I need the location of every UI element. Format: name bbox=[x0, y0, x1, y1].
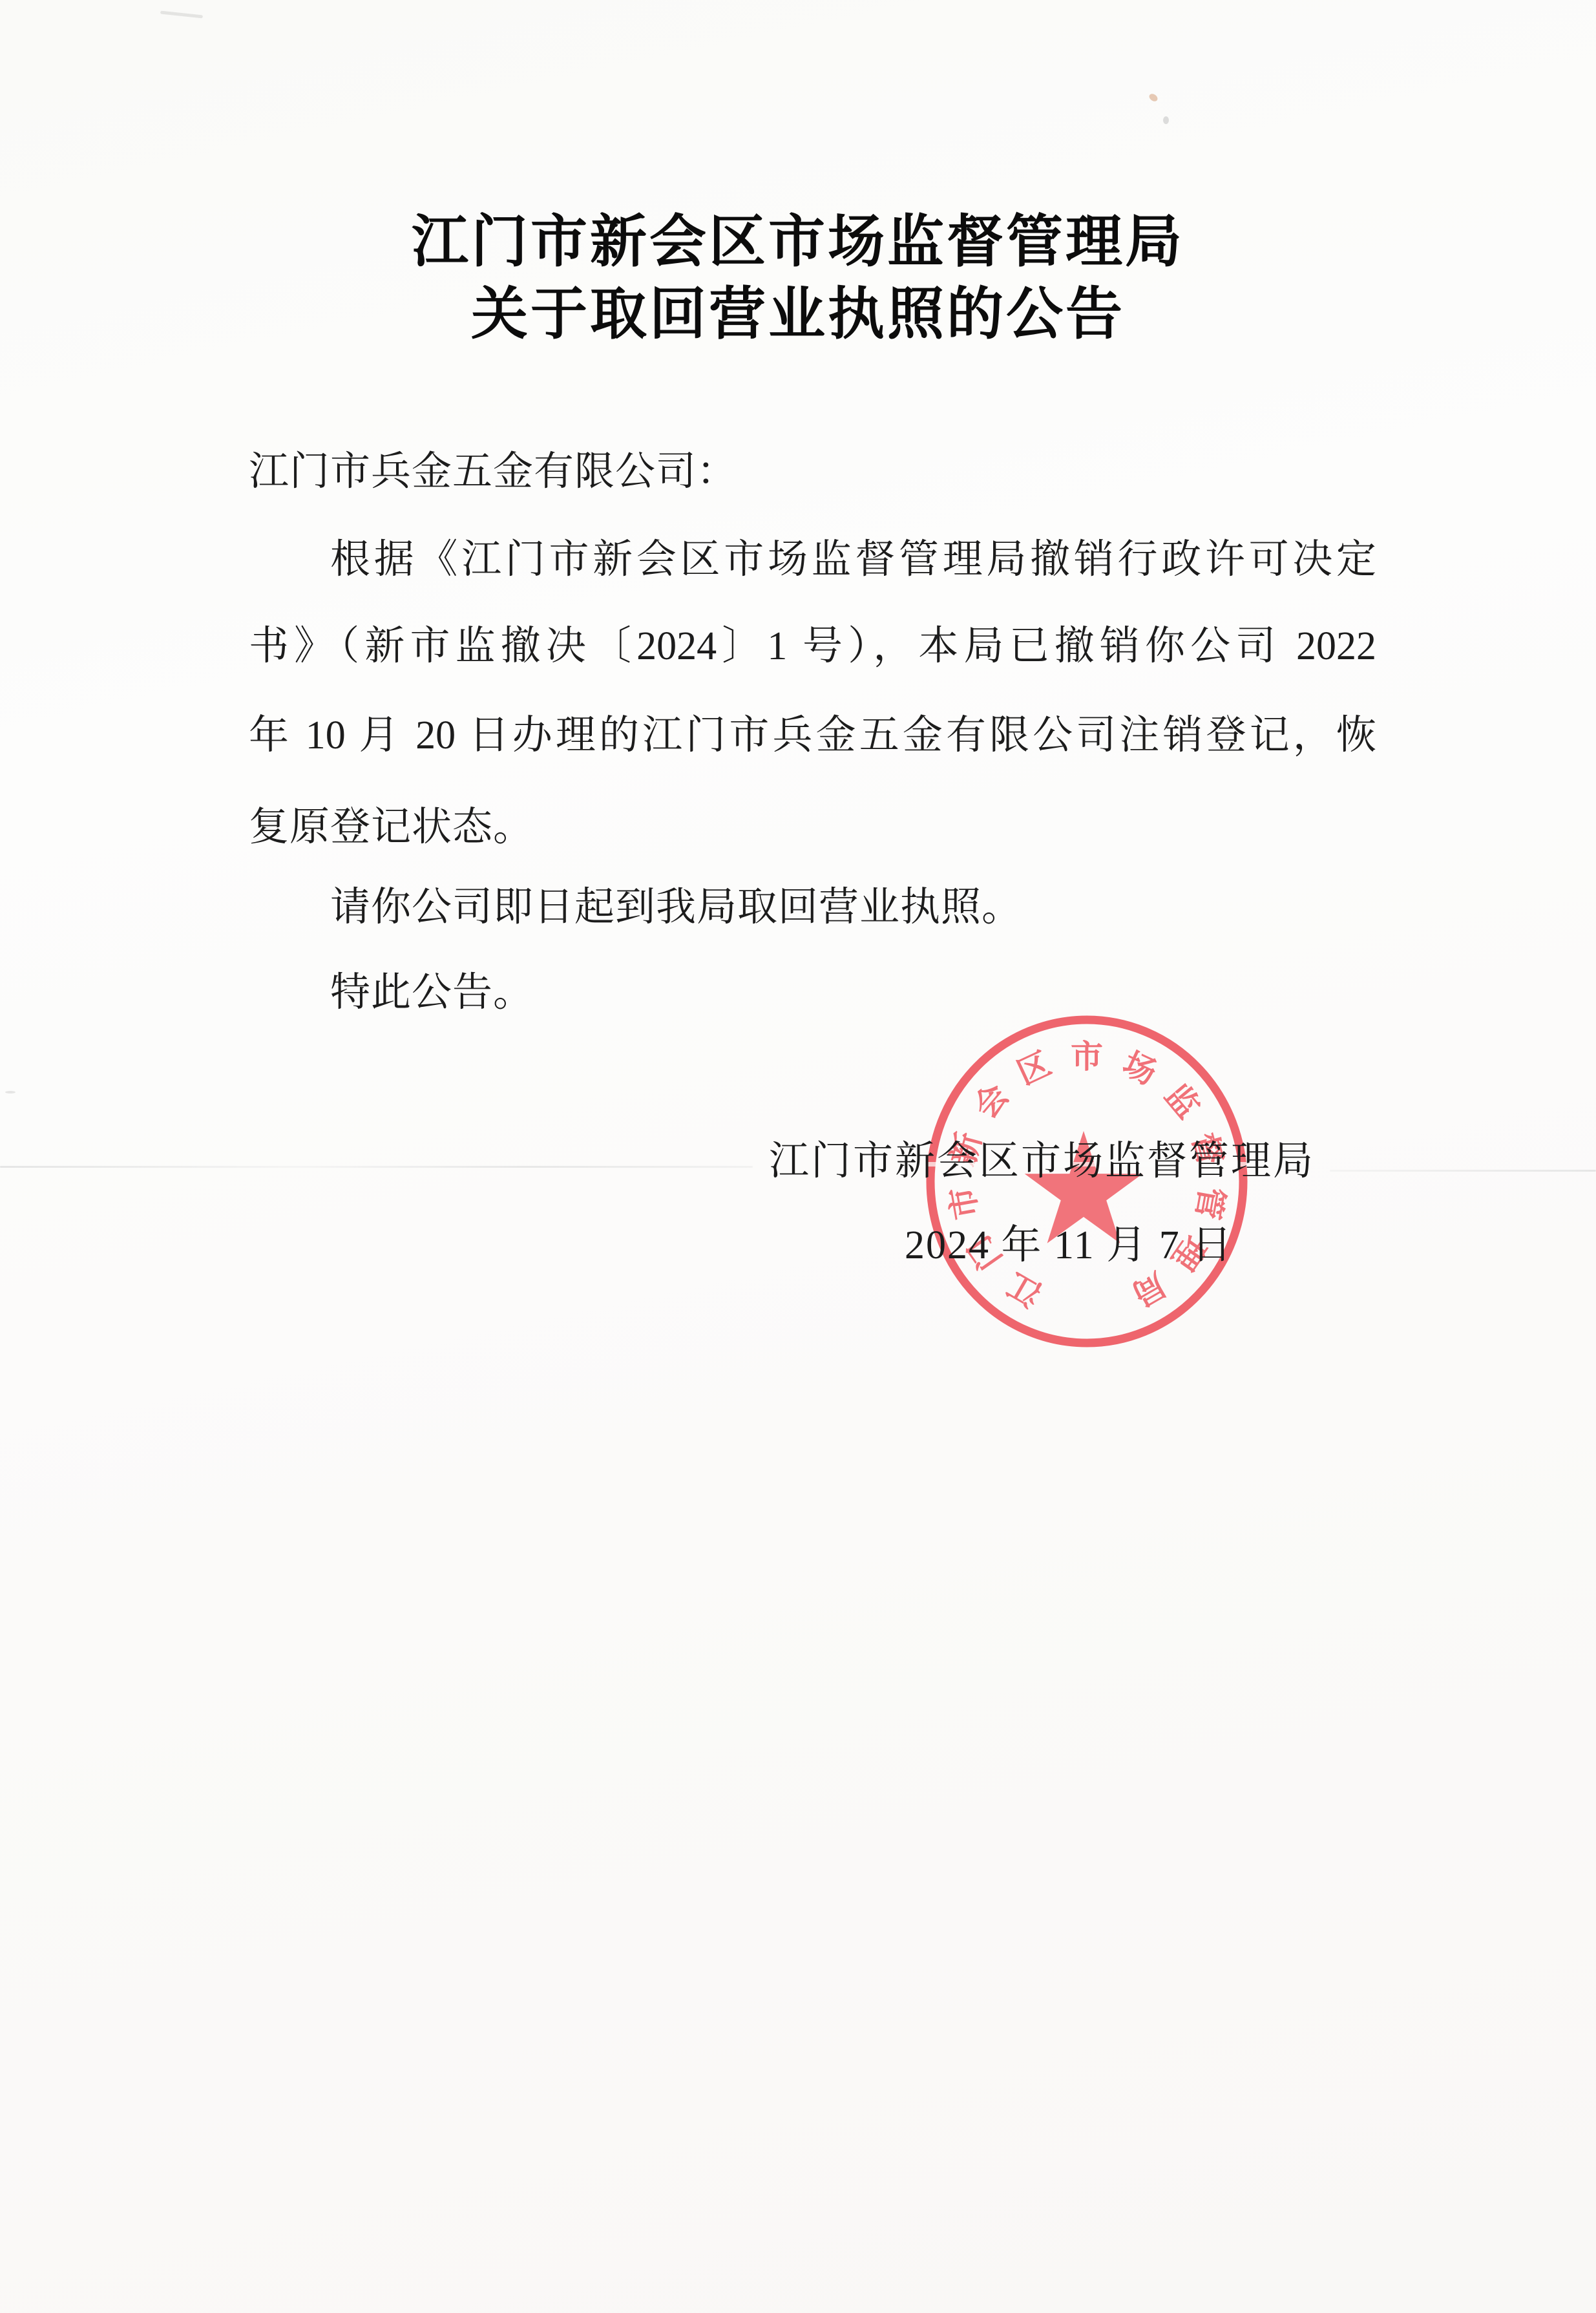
scan-artifact bbox=[5, 1091, 16, 1093]
body-line: 根据《江门市新会区市场监督管理局撤销行政许可决定 bbox=[249, 535, 1376, 584]
body-line: 请你公司即日起到我局取回营业执照。 bbox=[249, 883, 1376, 932]
scan-artifact bbox=[1163, 116, 1169, 124]
svg-text:市: 市 bbox=[1071, 1039, 1103, 1075]
svg-text:会: 会 bbox=[967, 1077, 1016, 1125]
scan-artifact bbox=[160, 11, 203, 19]
scan-artifact bbox=[1148, 92, 1159, 103]
body-line: 年 10 月 20 日办理的江门市兵金五金有限公司注销登记，恢 bbox=[249, 711, 1376, 760]
signature-line: 江门市新会区市场监督管理局 bbox=[769, 1137, 1315, 1185]
svg-text:监: 监 bbox=[1158, 1077, 1206, 1125]
date-line: 2024 年 11 月 7 日 bbox=[905, 1221, 1233, 1269]
body-line: 特此公告。 bbox=[249, 968, 1376, 1017]
document-title: 江门市新会区市场监督管理局 关于取回营业执照的公告 bbox=[0, 207, 1596, 352]
scan-crease bbox=[1330, 1170, 1596, 1172]
svg-text:市: 市 bbox=[943, 1184, 985, 1222]
document-title-line1: 江门市新会区市场监督管理局 bbox=[0, 207, 1596, 279]
svg-text:江: 江 bbox=[1002, 1265, 1047, 1313]
svg-text:局: 局 bbox=[1126, 1265, 1172, 1313]
svg-text:管: 管 bbox=[1189, 1184, 1230, 1222]
svg-text:场: 场 bbox=[1117, 1045, 1162, 1092]
body-line: 书》（新市监撤决〔2024〕1 号），本局已撤销你公司 2022 bbox=[249, 622, 1376, 671]
recipient-line: 江门市兵金五金有限公司： bbox=[249, 447, 1376, 496]
scan-crease bbox=[0, 1166, 753, 1168]
scanned-document-page: 江门市新会区市场监督管理局 关于取回营业执照的公告 江门市兵金五金有限公司： 根… bbox=[0, 0, 1596, 2313]
document-title-line2: 关于取回营业执照的公告 bbox=[0, 279, 1596, 352]
svg-text:区: 区 bbox=[1012, 1045, 1056, 1092]
body-line: 复原登记状态。 bbox=[249, 803, 1376, 852]
